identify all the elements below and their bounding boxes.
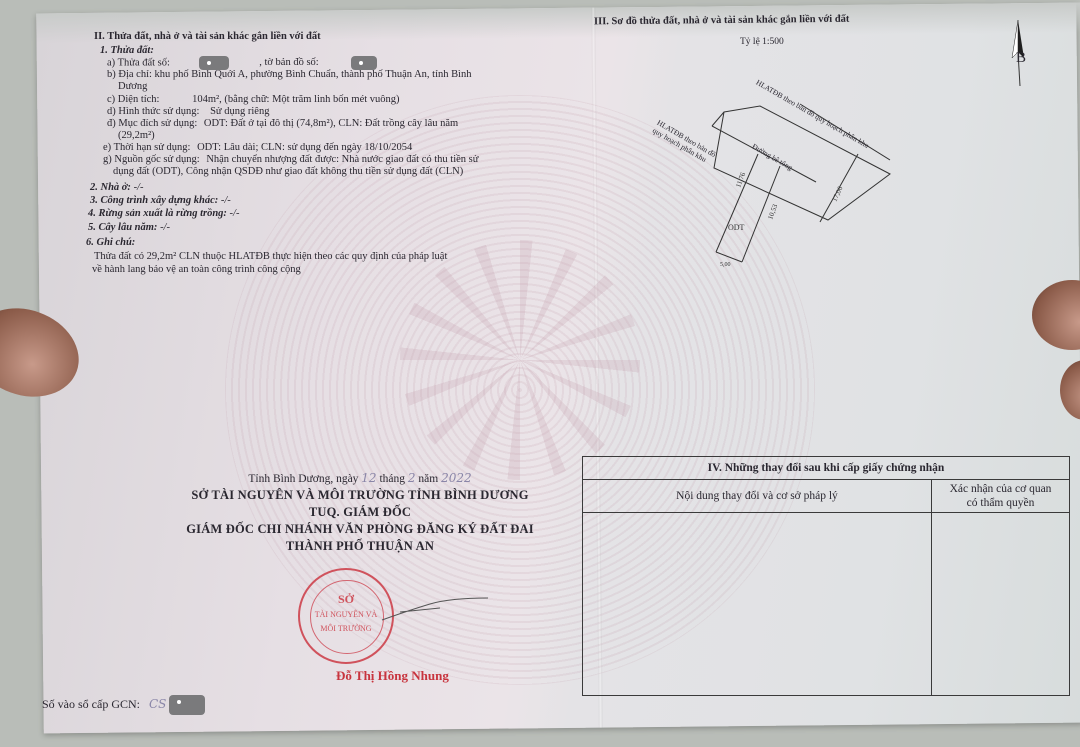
year-label: năm bbox=[418, 473, 438, 485]
address-label: b) Địa chỉ: bbox=[107, 69, 152, 80]
date-month: 2 bbox=[408, 471, 416, 485]
month-label: tháng bbox=[379, 473, 405, 485]
col-change-content: Nội dung thay đổi và cơ sở pháp lý bbox=[583, 480, 932, 512]
changes-table-title: IV. Những thay đổi sau khi cấp giấy chứn… bbox=[583, 457, 1069, 480]
section-iii-title: III. Sơ đồ thửa đất, nhà ở và tài sản kh… bbox=[594, 13, 850, 29]
notes-line-1: Thửa đất có 29,2m² CLN thuộc HLATĐB thực… bbox=[94, 250, 447, 263]
term-label: e) Thời hạn sử dụng: bbox=[103, 142, 190, 153]
dim-17-06: 17,06 bbox=[831, 185, 845, 203]
stamp-text-mid: TÀI NGUYÊN VÀ bbox=[300, 610, 392, 619]
north-label: B bbox=[1016, 52, 1026, 65]
issue-date: Tỉnh Bình Dương, ngày 12 tháng 2 năm 202… bbox=[170, 470, 550, 487]
section-ii-title: II. Thửa đất, nhà ở và tài sản khác gắn … bbox=[94, 30, 321, 43]
dim-5-00: 5,00 bbox=[720, 262, 731, 268]
address-cont: Dương bbox=[118, 80, 147, 93]
stamp-text-bottom: MÔI TRƯỜNG bbox=[300, 624, 392, 633]
registry-prefix: CS bbox=[149, 697, 166, 711]
changes-table-body bbox=[583, 513, 1069, 696]
address-value: khu phố Bình Quới A, phường Bình Chuẩn, … bbox=[155, 69, 472, 80]
origin-cont: dụng đất (ODT), Công nhận QSDĐ như giao … bbox=[113, 165, 463, 178]
registry-row: Số vào sổ cấp GCN: CS bbox=[42, 695, 205, 715]
city-line: THÀNH PHỐ THUẬN AN bbox=[170, 538, 550, 555]
address-row: b) Địa chỉ: khu phố Bình Quới A, phường … bbox=[107, 68, 472, 81]
parcel-code-odt: ODT bbox=[728, 223, 745, 232]
forest-row: 4. Rừng sản xuất là rừng trồng: -/- bbox=[88, 207, 239, 220]
other-construction-label: 3. Công trình xây dựng khác: bbox=[90, 195, 218, 206]
dim-10-53: 10,53 bbox=[766, 203, 779, 221]
house-value: -/- bbox=[134, 182, 144, 193]
notes-label: 6. Ghi chú: bbox=[86, 236, 135, 249]
usage-form-value: Sử dụng riêng bbox=[210, 106, 269, 117]
house-label: 2. Nhà ở: bbox=[90, 182, 131, 193]
col2-line-1: Xác nhận của cơ quan bbox=[932, 482, 1069, 496]
signature-scribble bbox=[380, 590, 490, 630]
signer-name: Đỗ Thị Hồng Nhung bbox=[336, 668, 449, 684]
notes-line-2: về hành lang bảo vệ an toàn công trình c… bbox=[92, 263, 301, 276]
stamp-text-top: SỞ bbox=[300, 592, 392, 607]
purpose-value: ODT: Đất ở tại đô thị (74,8m²), CLN: Đất… bbox=[204, 118, 458, 129]
dim-11-76: 11,76 bbox=[734, 171, 747, 189]
col-authority-confirmation: Xác nhận của cơ quan có thẩm quyền bbox=[932, 480, 1069, 512]
scale-label: Tỷ lệ 1:500 bbox=[740, 36, 784, 49]
date-prefix: Tỉnh Bình Dương, ngày bbox=[248, 473, 358, 485]
usage-form-label: d) Hình thức sử dụng: bbox=[107, 106, 199, 117]
other-construction-row: 3. Công trình xây dựng khác: -/- bbox=[90, 194, 231, 207]
forest-value: -/- bbox=[230, 208, 240, 219]
director-line: GIÁM ĐỐC CHI NHÁNH VĂN PHÒNG ĐĂNG KÝ ĐẤT… bbox=[170, 521, 550, 538]
changes-table-header: Nội dung thay đổi và cơ sở pháp lý Xác n… bbox=[583, 480, 1069, 513]
perennial-value: -/- bbox=[160, 222, 170, 233]
org-line: SỞ TÀI NGUYÊN VÀ MÔI TRƯỜNG TỈNH BÌNH DƯ… bbox=[170, 487, 550, 504]
forest-label: 4. Rừng sản xuất là rừng trồng: bbox=[88, 208, 227, 219]
tuq-line: TUQ. GIÁM ĐỐC bbox=[170, 504, 550, 521]
purpose-label: đ) Mục đích sử dụng: bbox=[107, 118, 197, 129]
perennial-label: 5. Cây lâu năm: bbox=[88, 222, 157, 233]
watermark-star bbox=[400, 240, 640, 480]
date-day: 12 bbox=[361, 471, 376, 485]
area-label: c) Diện tích: bbox=[107, 94, 159, 105]
house-row: 2. Nhà ở: -/- bbox=[90, 181, 143, 194]
area-value: 104m², (bằng chữ: Một trăm linh bốn mét … bbox=[192, 94, 399, 105]
authority-cell bbox=[932, 513, 1069, 696]
origin-label: g) Nguồn gốc sử dụng: bbox=[103, 154, 200, 165]
col2-line-2: có thẩm quyền bbox=[932, 496, 1069, 510]
signature-block: Tỉnh Bình Dương, ngày 12 tháng 2 năm 202… bbox=[170, 470, 550, 555]
origin-value: Nhận chuyển nhượng đất được: Nhà nước gi… bbox=[206, 154, 478, 165]
map-sheet-label: , tờ bản đồ số: bbox=[259, 57, 319, 68]
registry-label: Số vào sổ cấp GCN: bbox=[42, 697, 140, 711]
date-year: 2022 bbox=[441, 471, 472, 485]
perennial-row: 5. Cây lâu năm: -/- bbox=[88, 221, 170, 234]
parcel-label: a) Thửa đất số: bbox=[107, 57, 170, 68]
changes-table: IV. Những thay đổi sau khi cấp giấy chứn… bbox=[582, 456, 1070, 696]
term-value: ODT: Lâu dài; CLN: sử dụng đến ngày 18/1… bbox=[197, 142, 412, 153]
changes-content-cell bbox=[583, 513, 932, 696]
purpose-row: đ) Mục đích sử dụng: ODT: Đất ở tại đô t… bbox=[107, 117, 458, 130]
redacted-registry-number bbox=[169, 695, 205, 715]
other-construction-value: -/- bbox=[221, 195, 231, 206]
